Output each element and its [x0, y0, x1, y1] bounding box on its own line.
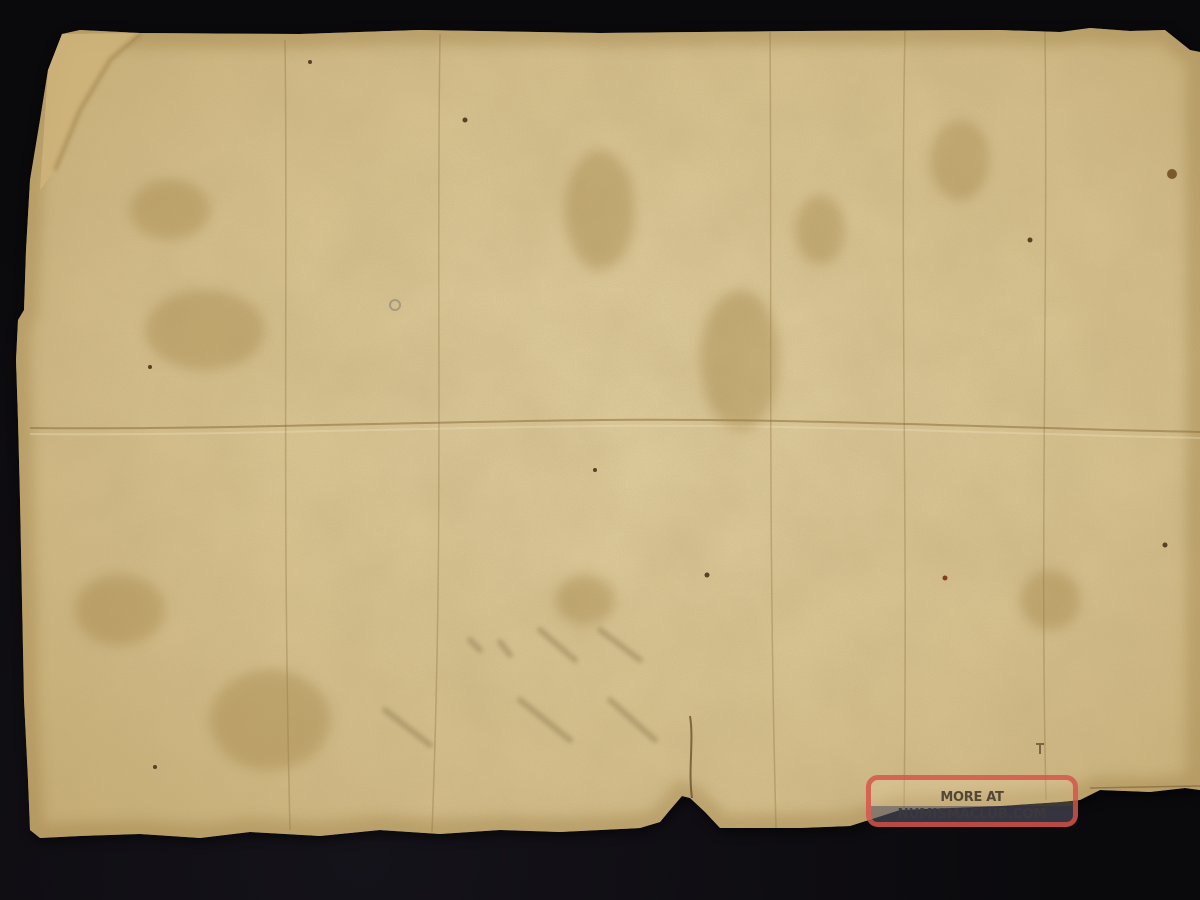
aged-paper-note: [0, 0, 1200, 900]
watermark-line-1: MORE AT: [871, 790, 1073, 805]
site-watermark-badge: MORE AT NUMISMACLUB.COM: [866, 775, 1078, 827]
watermark-line-2: NUMISMACLUB.COM: [871, 806, 1073, 822]
